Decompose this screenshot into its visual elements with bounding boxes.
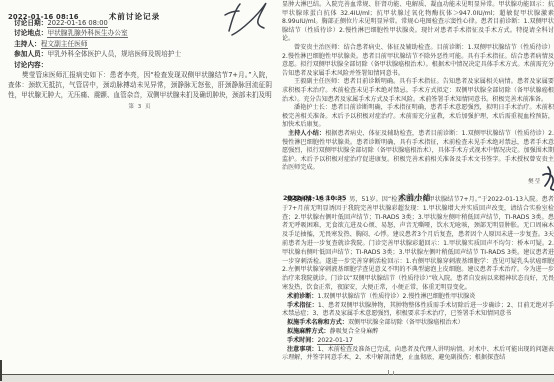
scan-artifact-mark <box>393 371 394 375</box>
signer-name: 樊莹 <box>528 179 541 185</box>
report-paragraph: 樊莹管床医师汇报病史如下：患者李亮，因“检查发现双侧甲状腺结节7+月。”入院，查… <box>8 70 272 101</box>
discussion-entry: 潘艳护士长：患者目前诊断明确，手术指征明确，患者手术意愿强烈，拟明日手术治疗。术… <box>282 104 554 130</box>
precautions: 注意事项：1、术前检查及准备已完成，向患者及代理人讲明病情。对术中、术后可能出现… <box>282 346 554 364</box>
host-summary-label: 主持人小结： <box>288 130 325 137</box>
speaker-name: 王毅副主任医师： <box>294 78 344 85</box>
continuation-paragraph: 显肿大淋巴结。入院完善血常规、肝肾功能、电解质、凝血功能未见明显异常。甲状腺功能… <box>282 1 554 44</box>
scan-artifact-mark <box>388 370 389 375</box>
speaker-name: 潘艳护士长： <box>294 104 331 111</box>
meta-place-label: 讨论地点： <box>14 29 47 37</box>
signature-scribble-icon <box>542 166 554 192</box>
meta-attendees: 参加人员：甲乳外科全体医护人员，规培医师及规培护士 <box>14 48 272 58</box>
precautions-label: 注意事项： <box>287 346 318 353</box>
scan-background-strip <box>0 375 554 382</box>
surgery-date-value: 2022-01-17 <box>317 337 352 345</box>
handwritten-signature-icon <box>222 0 268 44</box>
brief-condition-label: 简要病情： <box>287 196 318 203</box>
surgery-time: 手术时间：2022-01-17 <box>282 337 554 346</box>
meta-attendees-value: 甲乳外科全体医护人员，规培医师及规培护士 <box>47 50 181 58</box>
preop-diagnosis: 术前诊断：1.双侧甲状腺结节（性质待诊）2.慢性淋巴细胞性甲状腺炎 <box>282 293 554 302</box>
host-summary-entry: 主持人小结：根据患者病史、体征及辅助检查，患者目前诊断：1.双侧甲状腺结节（性质… <box>282 130 554 173</box>
planned-procedure-label: 拟施手术名称和方式： <box>287 319 348 326</box>
discussion-continuation-column: 显肿大淋巴结。入院完善血常规、肝肾功能、电解质、凝血功能未见明显异常。甲状腺功能… <box>282 1 554 173</box>
surgery-indication-label: 手术指征： <box>287 302 318 309</box>
discussion-entry: 曾安贵主治医师：结合患者病史、体征及辅助检查。目前诊断：1.双侧甲状腺结节（性质… <box>282 44 554 78</box>
summary-title-row: 2022-01-16 10:35术前小结 <box>283 185 431 194</box>
planned-anesthesia: 拟施麻醉方式：静吸复合全身麻醉 <box>282 328 554 337</box>
meta-host-label: 主持人： <box>14 40 41 48</box>
page-number-footer: 第 3 页 <box>8 102 272 110</box>
scanned-medical-record: 2022-01-16 08:16术前讨论记录 讨论日期：2022-01-16 0… <box>0 0 554 382</box>
surgery-indication: 手术指征：1、患者双侧甲状腺肿物，其肿物整体性质需手术切除后进一步确诊；2、目前… <box>282 302 554 320</box>
record-title: 术前讨论记录 <box>109 12 161 21</box>
speaker-name: 曾安贵主治医师： <box>294 44 344 51</box>
discussion-entry: 王毅副主任医师：患者目前诊断明确。具有手术指征。告知患者及家属相关病情。患者及家… <box>282 78 554 104</box>
meta-date-label: 讨论日期： <box>14 19 47 27</box>
surgery-time-label: 手术时间： <box>287 337 317 344</box>
planned-procedure: 拟施手术名称和方式：双侧甲状腺全部切除（备甲状腺癌根治术） <box>282 319 554 328</box>
summary-body: 简要病情：患者李亮。男，51岁。因“检查发现双侧甲状腺结节7+月。”于2022-… <box>282 196 554 363</box>
preop-diagnosis-label: 术前诊断： <box>287 293 317 300</box>
brief-condition: 简要病情：患者李亮。男，51岁。因“检查发现双侧甲状腺结节7+月。”于2022-… <box>282 196 554 293</box>
meta-content-label: 讨论内容： <box>14 59 272 69</box>
meta-attendees-label: 参加人员： <box>14 50 47 58</box>
scan-corner-mark <box>0 360 2 381</box>
planned-anesthesia-label: 拟施麻醉方式： <box>287 328 330 335</box>
signer-name-and-scribble: 樊莹 <box>528 168 554 187</box>
